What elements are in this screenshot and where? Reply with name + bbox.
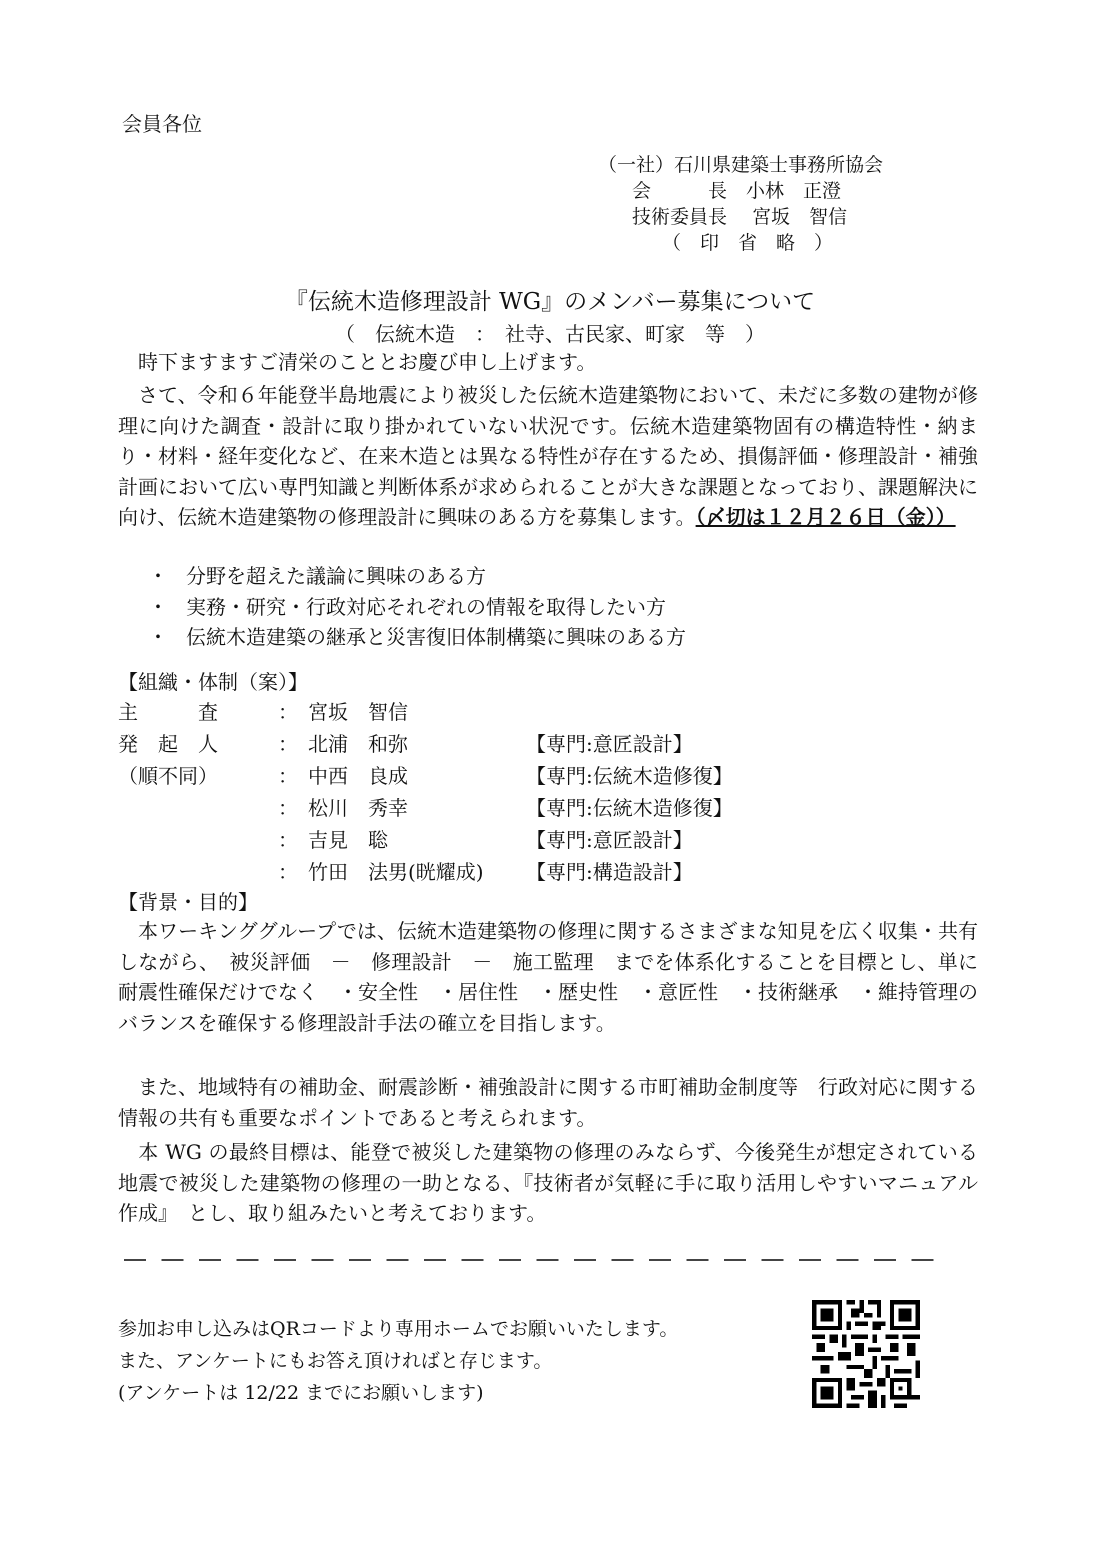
member-row: （順不同）：中西 良成【専門:伝統木造修復】 xyxy=(118,761,733,793)
member-colon: ： xyxy=(278,729,308,761)
member-role: 主 査 xyxy=(118,697,278,729)
application-line: (アンケートは 12/22 までにお願いします) xyxy=(118,1377,678,1409)
organization-table: 主 査：宮坂 智信 発 起 人：北浦 和弥【専門:意匠設計】 （順不同）：中西 … xyxy=(118,697,733,889)
member-name: 竹田 法男(晄耀成) xyxy=(308,857,526,889)
background-paragraph: 本 WG の最終目標は、能登で被災した建築物の修理のみならず、今後発生が想定され… xyxy=(118,1137,978,1229)
background-paragraph: 本ワーキンググループでは、伝統木造建築物の修理に関するさまざまな知見を広く収集・… xyxy=(118,916,978,1038)
bullet-list: ・分野を超えた議論に興味のある方 ・実務・研究・行政対応それぞれの情報を取得した… xyxy=(148,561,686,653)
sender-president: 会 長 小林 正澄 xyxy=(598,178,883,204)
document-title: 『伝統木造修理設計 WG』のメンバー募集について xyxy=(0,286,1100,318)
seal-omitted: （ 印 省 略 ） xyxy=(598,230,883,256)
member-name: 中西 良成 xyxy=(308,761,526,793)
member-role xyxy=(118,793,278,825)
member-row: ：松川 秀幸【専門:伝統木造修復】 xyxy=(118,793,733,825)
member-row: ：吉見 聡【専門:意匠設計】 xyxy=(118,825,733,857)
list-item-text: 伝統木造建築の継承と災害復旧体制構築に興味のある方 xyxy=(186,622,686,653)
member-colon: ： xyxy=(278,697,308,729)
member-name: 松川 秀幸 xyxy=(308,793,526,825)
member-name: 吉見 聡 xyxy=(308,825,526,857)
member-name: 宮坂 智信 xyxy=(308,697,526,729)
dashed-divider xyxy=(124,1259,940,1261)
list-item-text: 分野を超えた議論に興味のある方 xyxy=(186,561,486,592)
bullet-icon: ・ xyxy=(148,561,186,592)
salutation: 会員各位 xyxy=(122,110,202,138)
member-specialty: 【専門:意匠設計】 xyxy=(526,825,693,857)
member-role xyxy=(118,857,278,889)
member-row: 発 起 人：北浦 和弥【専門:意匠設計】 xyxy=(118,729,733,761)
greeting: 時下ますますご清栄のこととお慶び申し上げます。 xyxy=(118,347,978,378)
bullet-icon: ・ xyxy=(148,622,186,653)
application-line: 参加お申し込みはQRコードより専用ホームでお願いいたします。 xyxy=(118,1313,678,1345)
member-colon: ： xyxy=(278,761,308,793)
member-specialty: 【専門:構造設計】 xyxy=(526,857,693,889)
member-role: （順不同） xyxy=(118,761,278,793)
organization-heading: 【組織・体制（案）】 xyxy=(118,668,308,696)
background-heading: 【背景・目的】 xyxy=(118,888,258,916)
list-item: ・伝統木造建築の継承と災害復旧体制構築に興味のある方 xyxy=(148,622,686,653)
document-subtitle: （ 伝統木造 ： 社寺、古民家、町家 等 ） xyxy=(0,320,1100,348)
bullet-icon: ・ xyxy=(148,592,186,623)
list-item-text: 実務・研究・行政対応それぞれの情報を取得したい方 xyxy=(186,592,666,623)
member-row: 主 査：宮坂 智信 xyxy=(118,697,733,729)
background-paragraph: また、地域特有の補助金、耐震診断・補強設計に関する市町補助金制度等 行政対応に関… xyxy=(118,1072,978,1133)
member-name: 北浦 和弥 xyxy=(308,729,526,761)
member-colon: ： xyxy=(278,793,308,825)
member-colon: ： xyxy=(278,857,308,889)
member-row: ：竹田 法男(晄耀成)【専門:構造設計】 xyxy=(118,857,733,889)
sender-block: （一社）石川県建築士事務所協会 会 長 小林 正澄 技術委員長 宮坂 智信 （ … xyxy=(598,152,883,256)
list-item: ・分野を超えた議論に興味のある方 xyxy=(148,561,686,592)
intro-paragraph: さて、令和６年能登半島地震により被災した伝統木造建築物において、未だに多数の建物… xyxy=(118,380,978,533)
member-role xyxy=(118,825,278,857)
sender-organization: （一社）石川県建築士事務所協会 xyxy=(598,152,883,178)
member-role: 発 起 人 xyxy=(118,729,278,761)
application-line: また、アンケートにもお答え頂ければと存じます。 xyxy=(118,1345,678,1377)
member-specialty: 【専門:伝統木造修復】 xyxy=(526,761,733,793)
sender-committee-chair: 技術委員長 宮坂 智信 xyxy=(598,204,883,230)
member-specialty: 【専門:伝統木造修復】 xyxy=(526,793,733,825)
member-specialty: 【専門:意匠設計】 xyxy=(526,729,693,761)
list-item: ・実務・研究・行政対応それぞれの情報を取得したい方 xyxy=(148,592,686,623)
qr-code-icon[interactable] xyxy=(812,1300,920,1408)
deadline: （〆切は１２月２６日（金）） xyxy=(696,505,956,529)
application-instructions: 参加お申し込みはQRコードより専用ホームでお願いいたします。 また、アンケートに… xyxy=(118,1313,678,1409)
member-colon: ： xyxy=(278,825,308,857)
